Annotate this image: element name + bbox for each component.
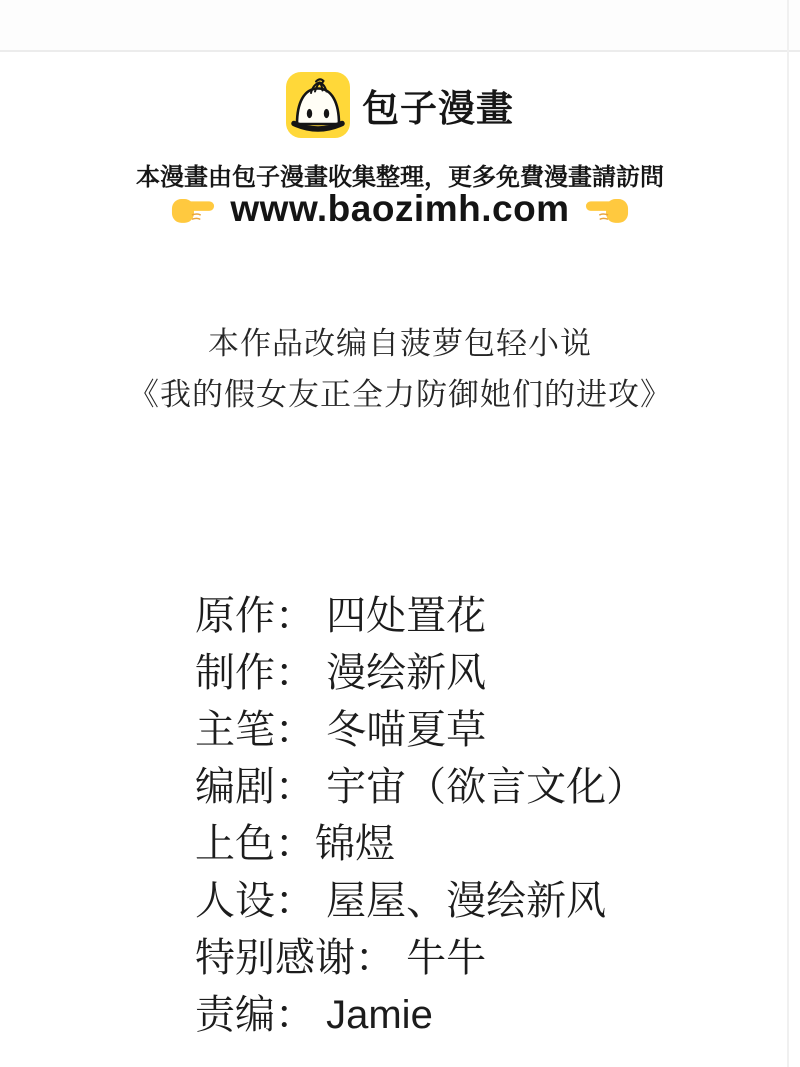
- collection-notice-text: 本漫畫由包子漫畫收集整理，更多免費漫畫請訪問: [0, 157, 800, 192]
- credit-line-character-design: 人设： 屋屋、漫绘新风: [195, 873, 646, 930]
- adaptation-notice: 本作品改编自菠萝包轻小说 《我的假女友正全力防御她们的进攻》: [0, 318, 800, 420]
- pointing-right-hand-icon: [171, 193, 215, 226]
- credit-line-screenwriter: 编剧： 宇宙（欲言文化）: [195, 759, 646, 816]
- credit-line-production: 制作： 漫绘新风: [195, 645, 646, 702]
- novel-title-line: 《我的假女友正全力防御她们的进攻》: [0, 369, 800, 420]
- credit-line-lead-artist: 主笔： 冬喵夏草: [195, 702, 646, 759]
- website-url-row: www.baozimh.com: [0, 188, 800, 230]
- brand-header: 包子漫畫: [0, 72, 800, 138]
- credit-line-special-thanks: 特别感谢： 牛牛: [195, 930, 646, 987]
- brand-name: 包子漫畫: [362, 78, 514, 132]
- credit-line-colorist: 上色：锦煜: [195, 816, 646, 873]
- credit-line-managing-editor: 责编： Jamie: [195, 987, 646, 1044]
- adaptation-source-line: 本作品改编自菠萝包轻小说: [0, 318, 800, 369]
- top-page-divider: [0, 0, 800, 52]
- website-url: www.baozimh.com: [230, 188, 569, 230]
- credit-line-original-author: 原作： 四处置花: [195, 588, 646, 645]
- pointing-left-hand-icon: [585, 193, 629, 226]
- credits-list: 原作： 四处置花 制作： 漫绘新风 主笔： 冬喵夏草 编剧： 宇宙（欲言文化） …: [195, 588, 646, 1044]
- baozi-bun-logo-icon: [286, 72, 350, 138]
